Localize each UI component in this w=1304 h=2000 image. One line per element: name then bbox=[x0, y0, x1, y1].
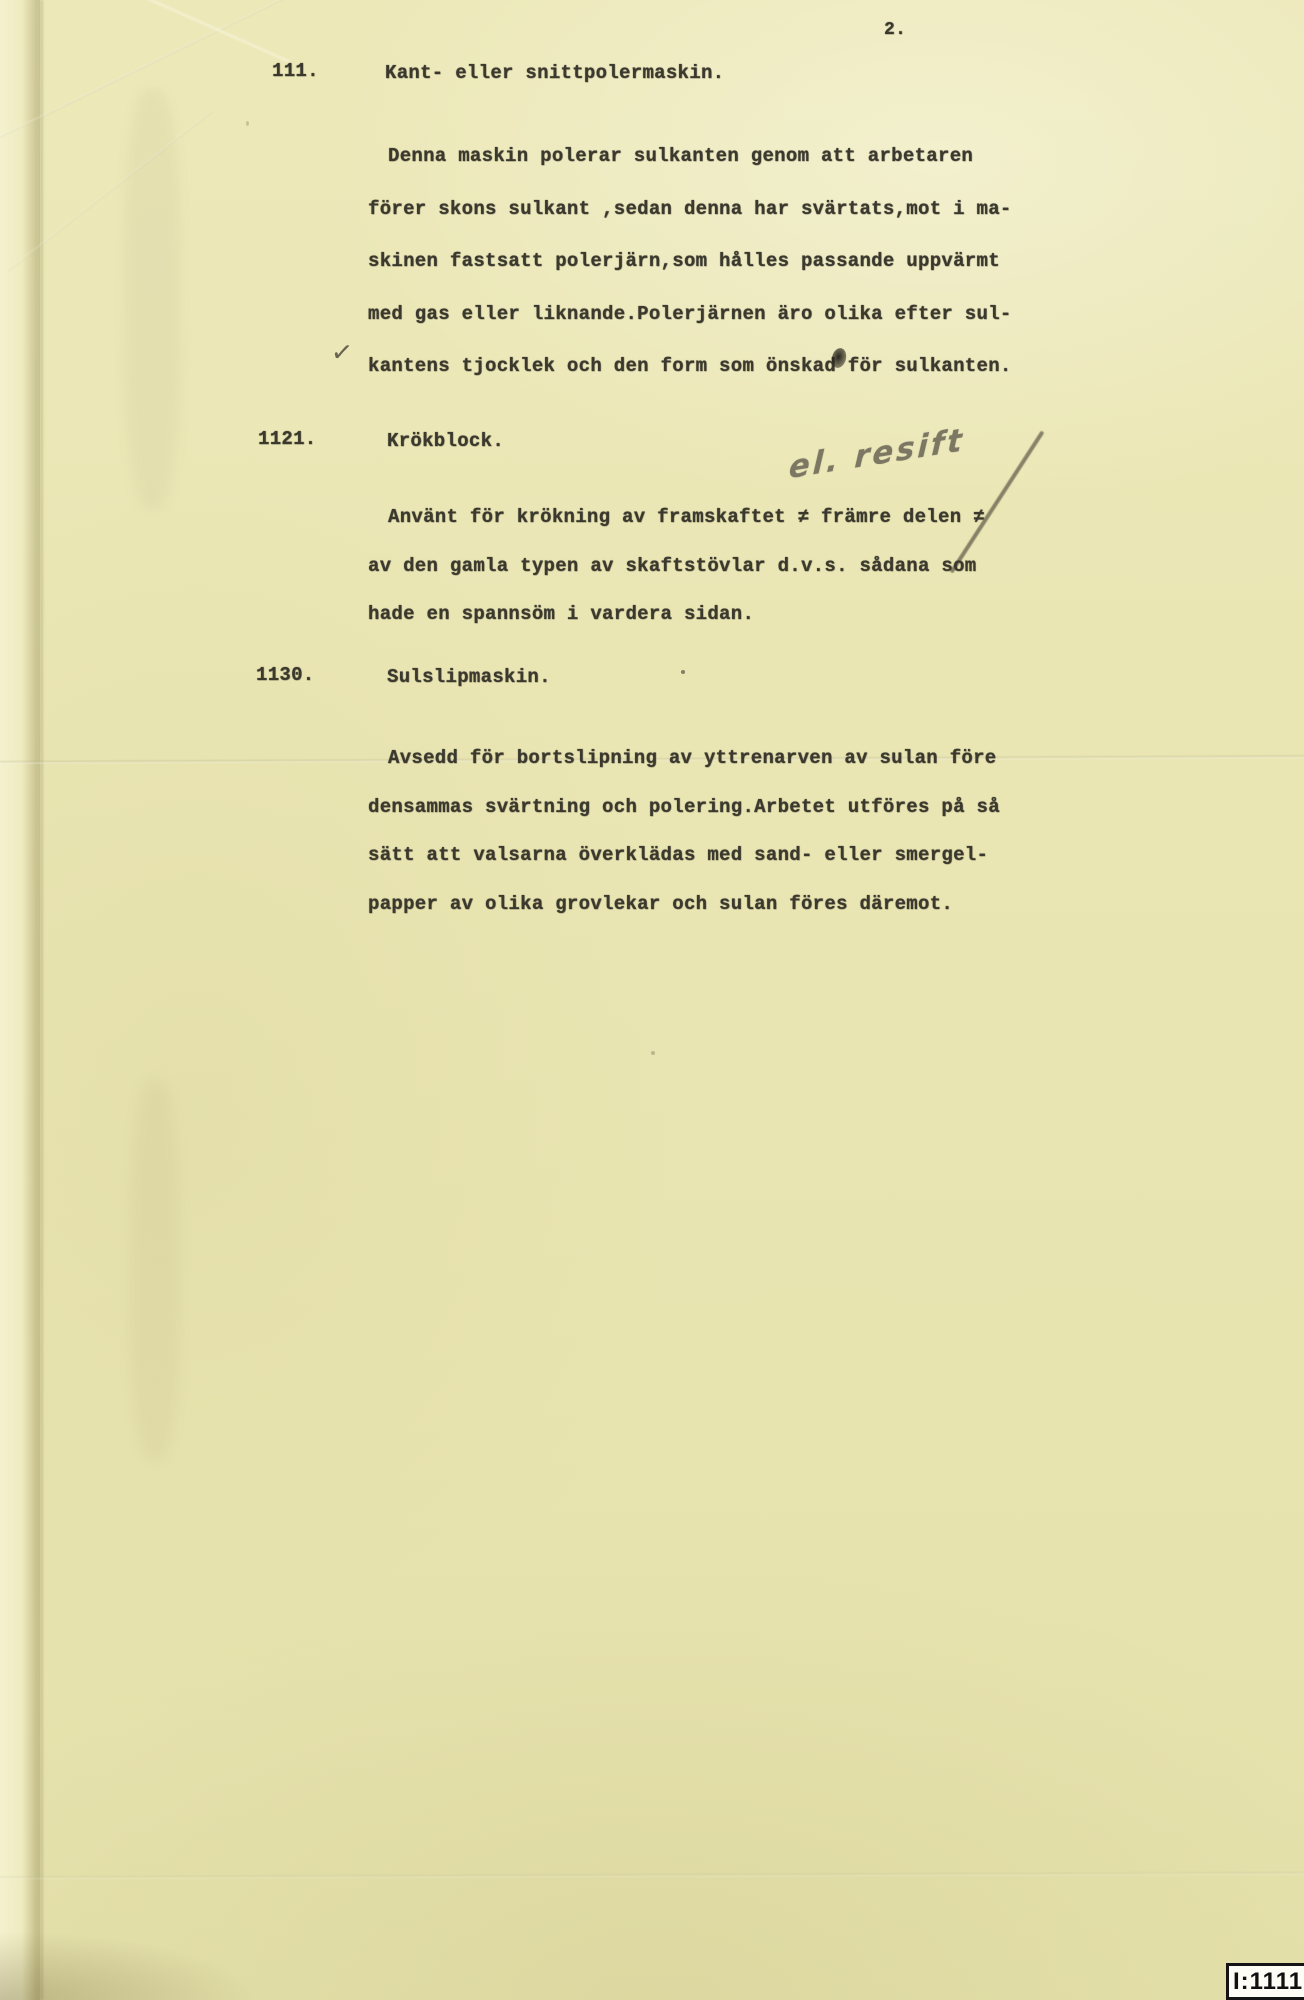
margin-checkmark-annotation: ✓ bbox=[329, 337, 354, 369]
paragraph-line: sätt att valsarna överklädas med sand- e… bbox=[368, 844, 1000, 893]
bleed-through-smudge bbox=[130, 1080, 180, 1460]
section-code-1121: 1121. bbox=[258, 428, 317, 450]
paragraph-line: hade en spannsöm i vardera sidan. bbox=[368, 603, 985, 652]
paragraph-line: densammas svärtning och polering.Arbetet… bbox=[368, 796, 1000, 845]
section-code-1130: 1130. bbox=[256, 664, 315, 686]
ink-speck bbox=[246, 121, 249, 126]
section-title-1121: Krökblock. bbox=[387, 430, 504, 452]
paragraph-line: med gas eller liknande.Polerjärnen äro o… bbox=[368, 303, 1012, 356]
section-1130-paragraph: Avsedd för bortslipning av yttrenarven a… bbox=[368, 747, 1000, 941]
paragraph-line: Denna maskin polerar sulkanten genom att… bbox=[368, 145, 1012, 198]
section-title-111: Kant- eller snittpolermaskin. bbox=[385, 62, 724, 84]
paragraph-line: kantens tjocklek och den form som önskad… bbox=[368, 355, 1012, 408]
bleed-through-smudge bbox=[125, 90, 180, 510]
paragraph-line: av den gamla typen av skaftstövlar d.v.s… bbox=[368, 555, 985, 604]
paragraph-line: skinen fastsatt polerjärn,som hålles pas… bbox=[368, 250, 1012, 303]
paragraph-line: Avsedd för bortslipning av yttrenarven a… bbox=[368, 747, 1000, 796]
stray-ink-dot bbox=[681, 670, 685, 674]
ink-speck bbox=[651, 1051, 655, 1055]
paragraph-line: förer skons sulkant ,sedan denna har svä… bbox=[368, 198, 1012, 251]
corner-shadow bbox=[0, 1930, 260, 2000]
section-111-paragraph: Denna maskin polerar sulkanten genom att… bbox=[368, 145, 1012, 408]
scan-reference-marker: I:1111 bbox=[1226, 1963, 1304, 2000]
section-1121-paragraph: Använt för krökning av framskaftet ≠ frä… bbox=[368, 506, 985, 652]
paragraph-line: Använt för krökning av framskaftet ≠ frä… bbox=[368, 506, 985, 555]
paper-edge-seam bbox=[40, 0, 43, 2000]
paragraph-line: papper av olika grovlekar och sulan före… bbox=[368, 893, 1000, 942]
section-code-111: 111. bbox=[272, 60, 319, 82]
scan-edge-strip bbox=[0, 0, 40, 2000]
page-number: 2. bbox=[884, 20, 906, 40]
section-title-1130: Sulslipmaskin. bbox=[387, 666, 551, 688]
